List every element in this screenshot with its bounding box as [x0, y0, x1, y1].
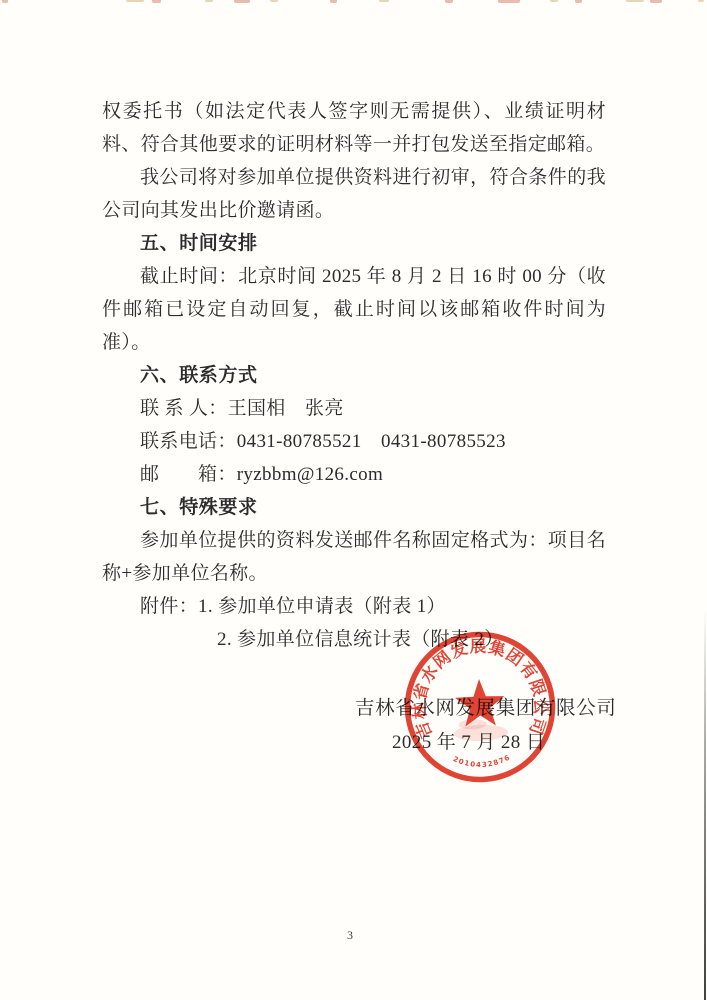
contact-email: 邮 箱：ryzbbm@126.com: [102, 458, 606, 491]
stamp-fragment: [152, 0, 161, 3]
stamp-fragment: [205, 0, 213, 2]
page-number: 3: [0, 928, 700, 943]
stamp-fragment: [330, 0, 337, 3]
company-seal-stamp: 吉林省水网发展集团有限公司 220104328766: [399, 626, 560, 787]
stamp-fragment: [126, 0, 144, 2]
paragraph-continuation: 权委托书（如法定代表人签字则无需提供）、业绩证明材料、符合其他要求的证明材料等一…: [102, 95, 606, 161]
paragraph-review: 我公司将对参加单位提供资料进行初审，符合条件的我公司向其发出比价邀请函。: [102, 161, 606, 227]
scan-edge-shadow: [704, 610, 706, 1000]
stamp-fragment: [550, 0, 558, 2]
contact-person: 联 系 人：王国相 张亮: [102, 392, 606, 425]
section5-heading: 五、时间安排: [102, 227, 606, 260]
stamp-fragment: [234, 0, 250, 3]
page-top-stamp-fragments: [0, 0, 707, 8]
document-body: 权委托书（如法定代表人签字则无需提供）、业绩证明材料、符合其他要求的证明材料等一…: [102, 95, 606, 656]
stamp-fragment: [626, 0, 644, 2]
section7-heading: 七、特殊要求: [102, 491, 606, 524]
contact-phone: 联系电话：0431-80785521 0431-80785523: [102, 425, 606, 458]
stamp-fragment: [650, 0, 662, 3]
stamp-fragment: [445, 0, 453, 3]
seal-star-icon: [454, 678, 505, 727]
scanned-document-page: 权委托书（如法定代表人签字则无需提供）、业绩证明材料、符合其他要求的证明材料等一…: [0, 0, 707, 1000]
stamp-fragment: [498, 0, 520, 3]
stamp-fragment: [270, 0, 278, 2]
attachment-item-1: 附件：1. 参加单位申请表（附表 1）: [102, 590, 606, 623]
section5-deadline: 截止时间：北京时间 2025 年 8 月 2 日 16 时 00 分（收件邮箱已…: [102, 260, 606, 359]
stamp-fragment: [2, 0, 8, 3]
stamp-fragment: [575, 0, 582, 3]
section6-heading: 六、联系方式: [102, 359, 606, 392]
stamp-fragment: [379, 0, 389, 2]
section7-format-rule: 参加单位提供的资料发送邮件名称固定格式为：项目名称+参加单位名称。: [102, 524, 606, 590]
stamp-fragment: [698, 0, 704, 2]
